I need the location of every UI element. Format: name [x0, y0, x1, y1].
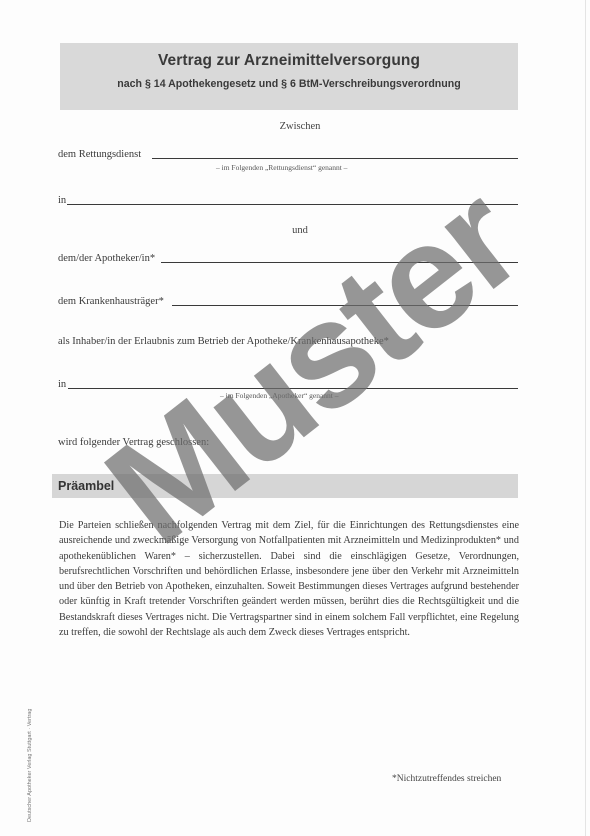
contract-concluded-text: wird folgender Vertrag geschlossen:: [58, 437, 209, 448]
location1-label: in: [58, 195, 66, 206]
pharmacy-note: – im Folgenden „Apotheker“ genannt –: [220, 391, 339, 400]
document-title: Vertrag zur Arzneimittelversorgung: [60, 52, 518, 70]
document-subtitle: nach § 14 Apothekengesetz und § 6 BtM-Ve…: [60, 78, 518, 90]
license-holder-text: als Inhaber/in der Erlaubnis zum Betrieb…: [58, 336, 389, 347]
footnote: *Nichtzutreffendes streichen: [392, 774, 501, 784]
rescue-service-input-line[interactable]: [152, 158, 518, 159]
hospital-operator-input-line[interactable]: [172, 305, 518, 306]
pharmacist-label: dem/der Apotheker/in*: [58, 253, 155, 264]
preamble-heading: Präambel: [58, 479, 114, 493]
pharmacist-field[interactable]: dem/der Apotheker/in*: [58, 250, 518, 264]
rescue-service-note: – im Folgenden „Rettungsdienst“ genannt …: [216, 163, 347, 172]
and-label: und: [5, 225, 590, 236]
publisher-imprint: Deutscher Apotheker Verlag Stuttgart · V…: [27, 709, 33, 822]
watermark: Muster: [81, 162, 542, 568]
between-label: Zwischen: [5, 121, 590, 132]
hospital-operator-field[interactable]: dem Krankenhausträger*: [58, 293, 518, 307]
preamble-body: Die Parteien schließen nachfolgenden Ver…: [59, 518, 519, 640]
header-band: Vertrag zur Arzneimittelversorgung nach …: [60, 43, 518, 110]
location2-input-line[interactable]: [68, 388, 518, 389]
location1-field[interactable]: in: [58, 192, 518, 206]
hospital-operator-label: dem Krankenhausträger*: [58, 296, 164, 307]
location2-label: in: [58, 379, 66, 390]
location2-field[interactable]: in: [58, 376, 518, 390]
rescue-service-field[interactable]: dem Rettungsdienst: [58, 146, 518, 160]
document-page: Vertrag zur Arzneimittelversorgung nach …: [0, 0, 590, 836]
pharmacist-input-line[interactable]: [161, 262, 518, 263]
preamble-heading-band: Präambel: [52, 474, 518, 498]
location1-input-line[interactable]: [67, 204, 518, 205]
rescue-service-label: dem Rettungsdienst: [58, 149, 141, 160]
